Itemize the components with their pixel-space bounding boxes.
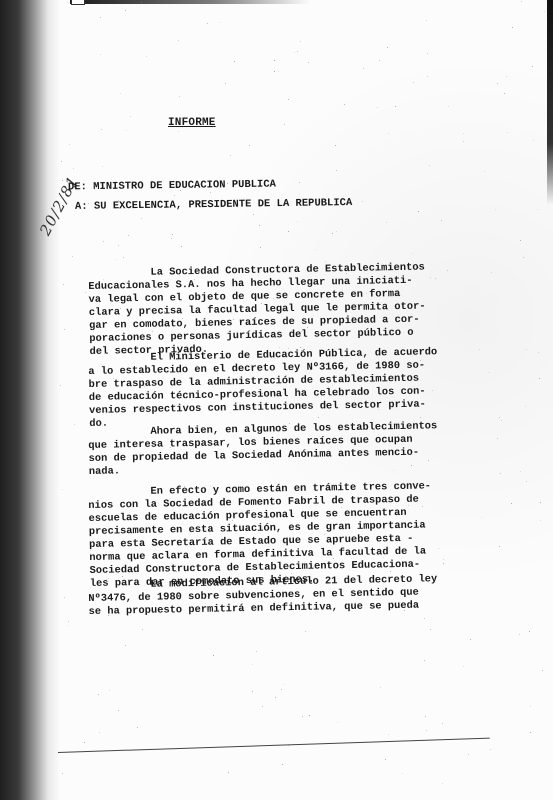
to-line: A: SU EXCELENCIA, PRESIDENTE DE LA REPUB… (75, 197, 352, 213)
paragraph-2: El Ministerio de Educación Pública, de a… (88, 345, 489, 431)
document-title: INFORME (168, 117, 216, 129)
scan-right-edge (547, 0, 553, 205)
scan-binding-shadow (0, 0, 60, 800)
scan-top-edge (70, 0, 310, 4)
paragraph-5: La modificación al artículo 21 del decre… (88, 572, 489, 619)
scan-bottom-line (58, 738, 490, 753)
from-line: DE: MINISTRO DE EDUCACION PUBLICA (68, 179, 276, 194)
paragraph-1: La Sociedad Constructora de Establecimie… (88, 260, 490, 359)
scanned-page: 20/2/81 INFORME DE: MINISTRO DE EDUCACIO… (0, 0, 553, 800)
paragraph-3: Ahora bien, en algunos de los establecim… (88, 419, 489, 479)
scan-top-edge-mark (71, 0, 85, 5)
